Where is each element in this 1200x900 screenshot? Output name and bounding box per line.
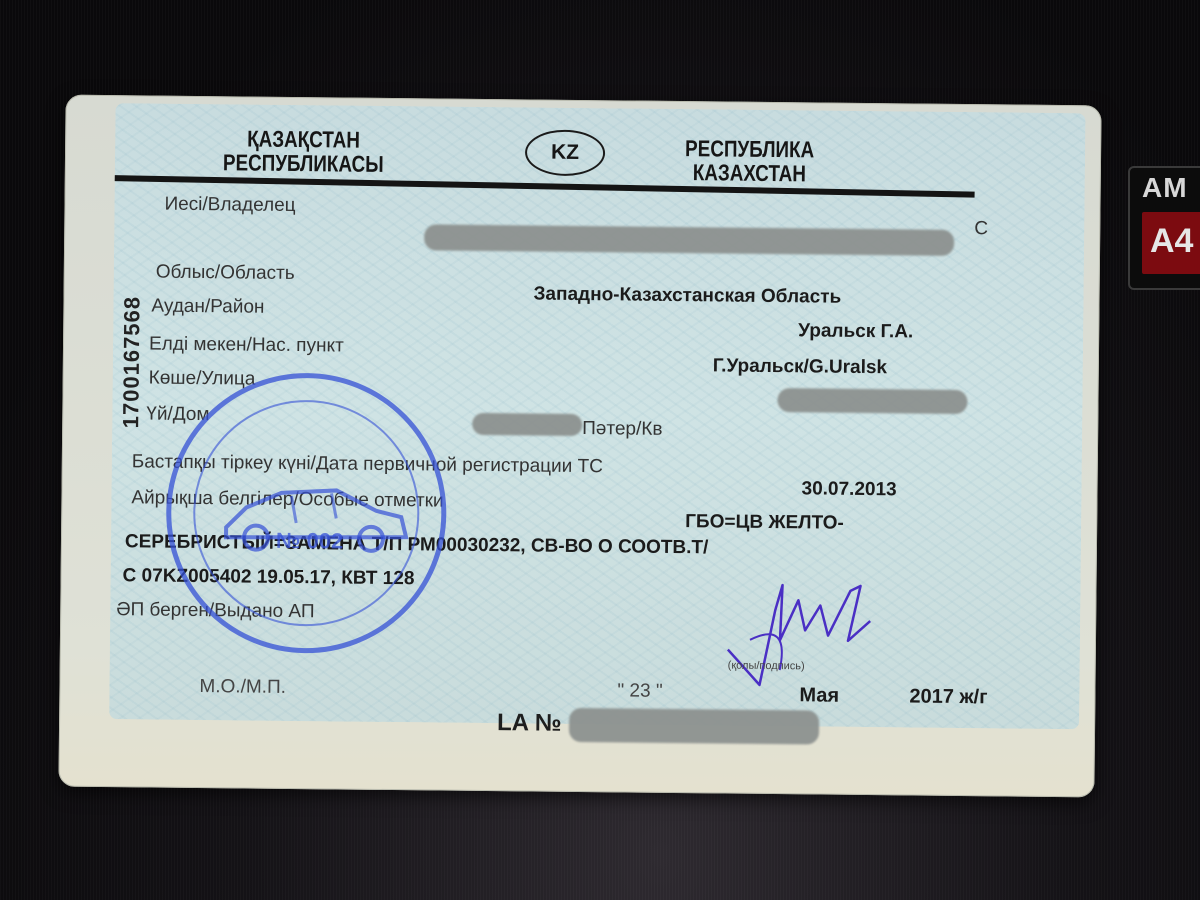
serial-number: 1700167568 (118, 296, 145, 429)
region-value: Западно-Казахстанская Область (533, 284, 841, 309)
apartment-label: Пәтер/Кв (582, 418, 663, 441)
header-russian: РЕСПУБЛИКА КАЗАХСТАН (685, 136, 815, 185)
car-icon (170, 377, 453, 660)
header-kazakh: ҚАЗАҚСТАН РЕСПУБЛИКАСЫ (223, 126, 384, 176)
kz-emblem: KZ (525, 129, 605, 176)
document-series: LA № (497, 709, 562, 738)
amd-chip-label: A4 (1142, 212, 1200, 274)
laptop-amd-badge: AM A4 (1128, 166, 1200, 290)
stamp-number: № 002 (276, 528, 344, 555)
street-redacted (777, 388, 967, 414)
house-redacted (472, 413, 582, 436)
locality-label: Елді мекен/Нас. пункт (149, 333, 344, 357)
police-registration-stamp: № 002 (165, 372, 448, 655)
first-registration-value: 30.07.2013 (801, 478, 896, 501)
district-label: Аудан/Район (151, 296, 264, 319)
locality-value: Г.Уральск/G.Uralsk (713, 355, 887, 379)
seal-label: М.О./М.П. (199, 676, 286, 699)
vehicle-registration-certificate: ҚАЗАҚСТАН РЕСПУБЛИКАСЫ KZ РЕСПУБЛИКА КАЗ… (58, 95, 1101, 798)
owner-label: Иесі/Владелец (164, 194, 295, 217)
district-value: Уральск Г.А. (798, 320, 913, 343)
special-notes-line1: ГБО=ЦВ ЖЕЛТО- (685, 511, 844, 535)
issue-month: Мая (799, 684, 839, 707)
region-label: Облыс/Область (156, 262, 295, 285)
owner-suffix: С (974, 218, 988, 240)
signature-caption: (қолы/подпись) (728, 660, 805, 673)
certificate-sheet: ҚАЗАҚСТАН РЕСПУБЛИКАСЫ KZ РЕСПУБЛИКА КАЗ… (109, 103, 1085, 729)
signature-icon (719, 579, 880, 691)
issue-day: " 23 " (617, 680, 662, 702)
owner-redacted (424, 224, 954, 256)
document-number-redacted (569, 708, 819, 745)
amd-logo-text: AM (1142, 172, 1188, 204)
issue-year: 2017 ж/г (909, 685, 987, 709)
